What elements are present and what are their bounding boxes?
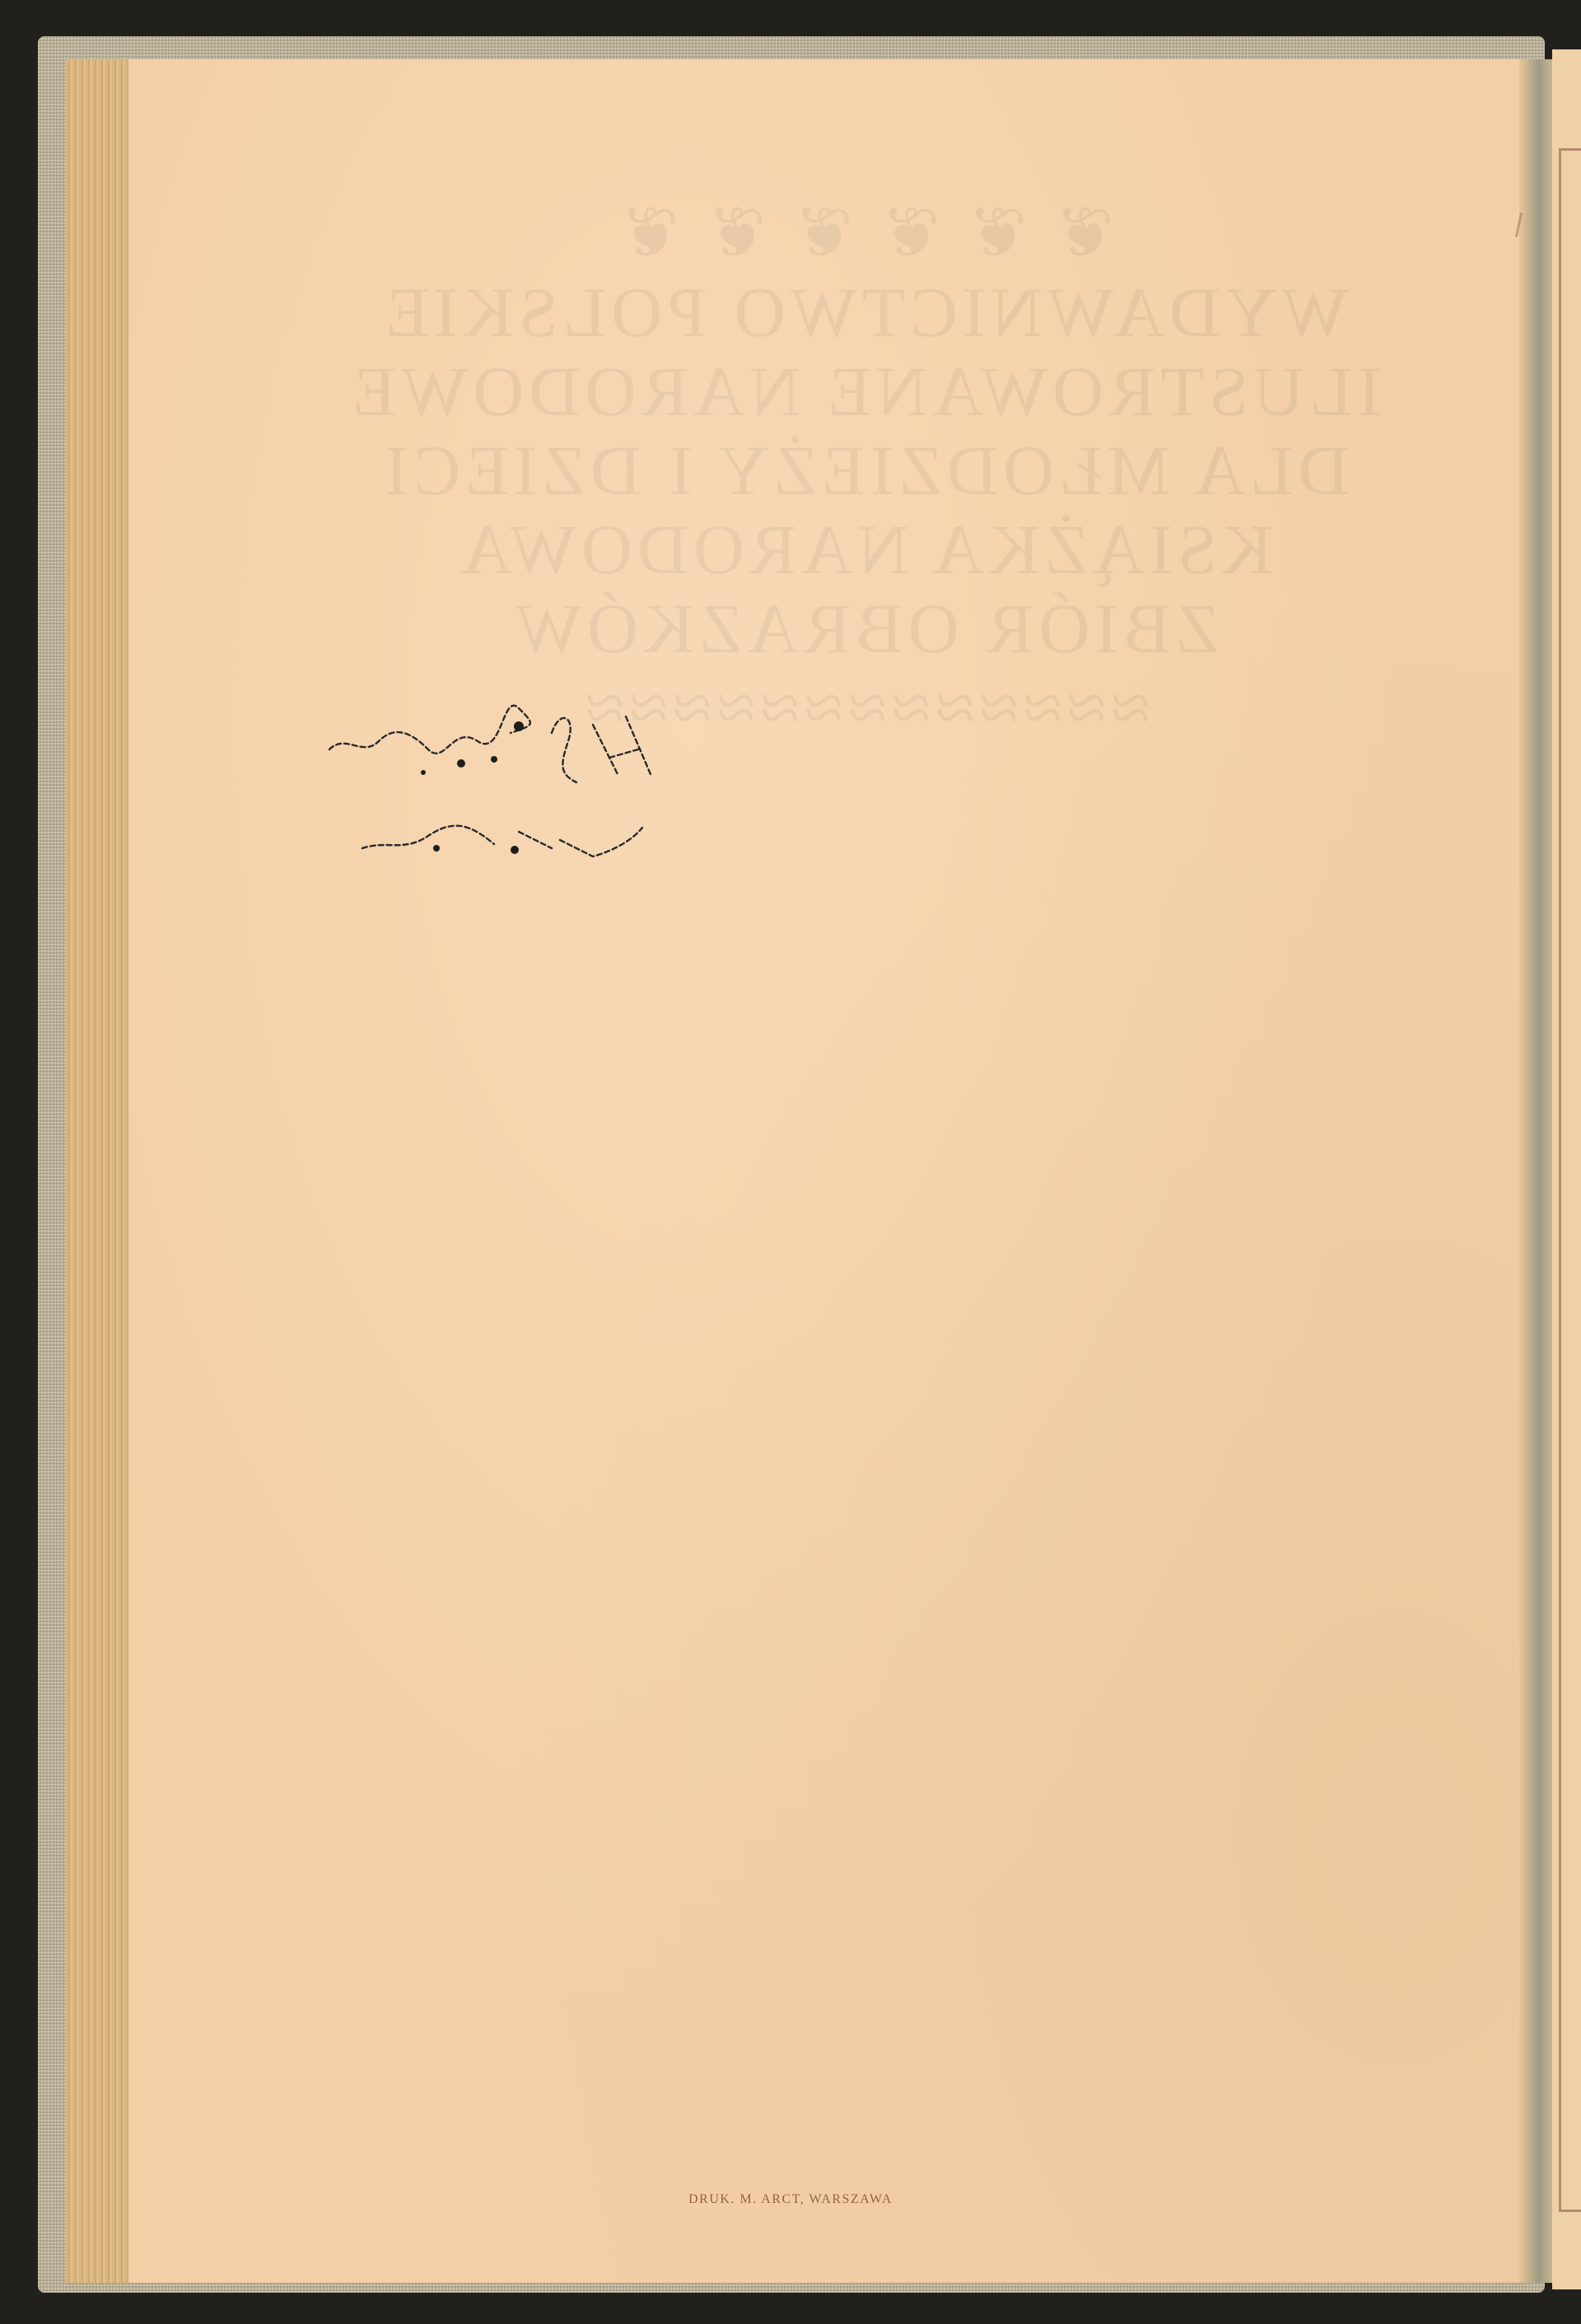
ghost-row: ILUSTROWANE NARODOWE <box>292 352 1437 431</box>
handwritten-signature <box>313 659 683 873</box>
ghost-row: ❦ ❦ ❦ ❦ ❦ ❦ <box>292 194 1437 273</box>
ghost-row: DLA MŁODZIEŻY I DZIECI <box>292 431 1437 510</box>
book-gutter <box>1519 59 1552 2283</box>
ghost-row: WYDAWNICTWO POLSKIE <box>292 273 1437 352</box>
ghost-row: KSIĄŻKA NARODOWA <box>292 510 1437 589</box>
printer-imprint: DRUK. M. ARCT, WARSZAWA <box>0 2192 1581 2207</box>
ghost-row: ZBIÓR OBRAZKÓW <box>292 589 1437 668</box>
adjacent-page-frame <box>1559 148 1581 2212</box>
adjacent-page-edge <box>1552 49 1581 2289</box>
page-edges-stack <box>66 59 130 2283</box>
